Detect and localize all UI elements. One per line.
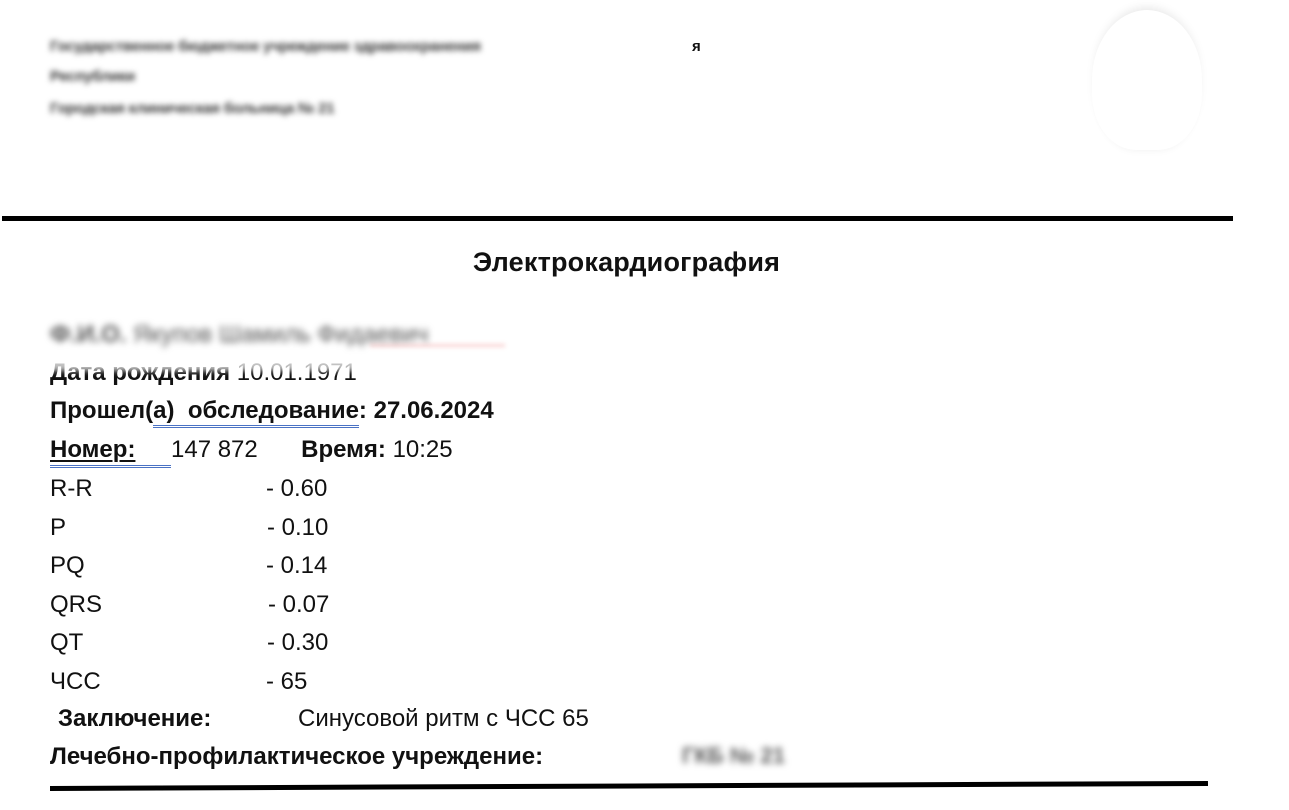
measurement-value: - 0.30 <box>267 629 328 657</box>
number-value: 147 872 <box>171 436 258 463</box>
facility-value: ГКБ № 21 <box>682 743 785 769</box>
exam-date: 27.06.2024 <box>374 397 494 424</box>
spellcheck-underline <box>370 344 505 347</box>
measurement-value: - 0.07 <box>268 591 329 619</box>
measurement-value: - 65 <box>266 668 307 696</box>
time-label: Время: <box>301 436 386 463</box>
dob-redaction <box>50 356 430 371</box>
conclusion-value: Синусовой ритм с ЧСС 65 <box>298 705 589 733</box>
institution-name-line-2: Республики <box>50 68 135 85</box>
exam-line: Прошел(а) обследование: 27.06.2024 <box>50 397 494 425</box>
measurement-label: PQ <box>50 552 85 580</box>
measurement-value: - 0.60 <box>266 475 327 503</box>
bottom-divider <box>50 781 1208 791</box>
patient-name-label: Ф.И.О. <box>50 321 126 348</box>
measurement-label: P <box>50 514 66 542</box>
institution-logo-icon <box>1092 10 1202 150</box>
number-time-line: Номер:147 872 Время: 10:25 <box>50 436 453 468</box>
conclusion-label: Заключение: <box>58 705 211 733</box>
number-label: Номер: <box>50 436 135 463</box>
measurement-value: - 0.14 <box>266 552 327 580</box>
measurement-label: QT <box>50 629 83 657</box>
facility-label: Лечебно-профилактическое учреждение: <box>50 743 543 771</box>
time-value: 10:25 <box>393 436 453 463</box>
document-title: Электрокардиография <box>0 247 1253 278</box>
measurement-value: - 0.10 <box>267 514 328 542</box>
institution-name-line-1: Государственное бюджетное учреждение здр… <box>50 38 481 55</box>
top-divider <box>2 216 1233 221</box>
number-label-wrap: Номер: <box>50 436 171 468</box>
institution-name-line-3: Городская клиническая больница № 21 <box>50 100 334 117</box>
exam-label-part1: Прошел( <box>50 397 153 424</box>
institution-name-line-1-tail: я <box>692 38 701 55</box>
exam-label-part2: а) обследование <box>153 397 359 428</box>
measurement-label: ЧСС <box>50 668 101 696</box>
measurement-label: R-R <box>50 475 93 503</box>
exam-label-colon: : <box>359 397 367 424</box>
measurement-label: QRS <box>50 591 102 619</box>
